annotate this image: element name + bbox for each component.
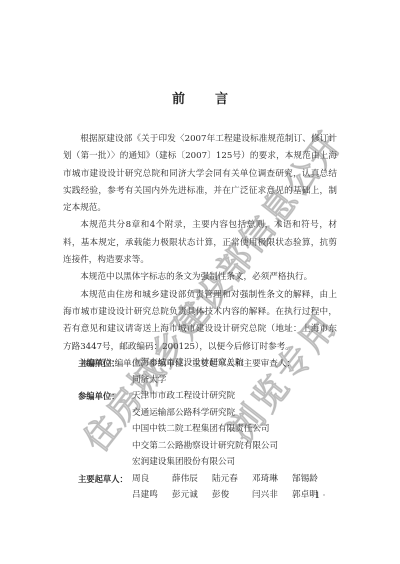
chief-unit: 上海市城市建设设计研究总院 — [132, 355, 343, 372]
participating-unit: 天津市市政工程设计研究院 — [132, 388, 343, 405]
drafter-name: 周良 — [132, 471, 172, 488]
participating-units-row: 参编单位： 天津市市政工程设计研究院 — [63, 388, 343, 405]
drafter-name: 郜锡龄 — [292, 471, 332, 488]
chief-units-row: 主编单位： 上海市城市建设设计研究总院 — [63, 355, 343, 372]
participating-units-row: 中国中铁二院工程集团有限责任公司 — [63, 421, 343, 438]
spacer — [63, 421, 132, 438]
paragraph: 本规范由住房和城乡建设部负责管理和对强制性条文的解释，由上海市城市建设设计研究总… — [63, 287, 337, 356]
spacer — [63, 487, 132, 504]
paragraph: 本规范共分8章和4个附录，主要内容包括总则，术语和符号，材料，基本规定，承载能力… — [63, 217, 337, 269]
participating-units-row: 宏润建设集团股份有限公司 — [63, 454, 343, 471]
drafter-name: 薛伟辰 — [172, 471, 212, 488]
drafter-name: 吕建鸣 — [132, 487, 172, 504]
participating-unit: 交通运输部公路科学研究院 — [132, 405, 343, 422]
page-number: · 1 · — [310, 491, 325, 500]
participating-unit: 中交第二公路勘察设计研究院有限公司 — [132, 438, 343, 455]
paragraph: 本规范中以黑体字标志的条文为强制性条文，必须严格执行。 — [63, 269, 337, 286]
drafters-row: 主要起草人： 周良 薛伟辰 陆元春 邓琦琳 郜锡龄 — [63, 471, 343, 488]
spacer — [63, 454, 132, 471]
spacer — [63, 372, 132, 389]
drafter-name: 闫兴非 — [252, 487, 292, 504]
page-title: 前言 — [0, 88, 400, 107]
chief-unit: 同济大学 — [132, 372, 343, 389]
participating-units-label: 参编单位： — [63, 388, 132, 405]
preface-body: 根据原建设部《关于印发〈2007年工程建设标准规范制订、修订计划（第一批）〉的通… — [63, 131, 337, 373]
participating-units-row: 中交第二公路勘察设计研究院有限公司 — [63, 438, 343, 455]
drafter-names: 周良 薛伟辰 陆元春 邓琦琳 郜锡龄 — [132, 471, 343, 488]
contributors-list: 主编单位： 上海市城市建设设计研究总院 同济大学 参编单位： 天津市市政工程设计… — [63, 355, 343, 504]
chief-units-label: 主编单位： — [63, 355, 132, 372]
drafters-label: 主要起草人： — [63, 471, 132, 488]
spacer — [63, 405, 132, 422]
participating-unit: 宏润建设集团股份有限公司 — [132, 454, 343, 471]
drafter-name: 陆元春 — [212, 471, 252, 488]
chief-units-row: 同济大学 — [63, 372, 343, 389]
spacer — [63, 438, 132, 455]
paragraph: 根据原建设部《关于印发〈2007年工程建设标准规范制订、修订计划（第一批）〉的通… — [63, 131, 337, 217]
document-page: 前言 根据原建设部《关于印发〈2007年工程建设标准规范制订、修订计划（第一批）… — [0, 0, 400, 564]
drafter-name: 彭元诚 — [172, 487, 212, 504]
participating-units-row: 交通运输部公路科学研究院 — [63, 405, 343, 422]
drafters-row: 吕建鸣 彭元诚 彭俊 闫兴非 郭卓明 — [63, 487, 343, 504]
participating-unit: 中国中铁二院工程集团有限责任公司 — [132, 421, 343, 438]
drafter-name: 彭俊 — [212, 487, 252, 504]
drafter-name: 邓琦琳 — [252, 471, 292, 488]
